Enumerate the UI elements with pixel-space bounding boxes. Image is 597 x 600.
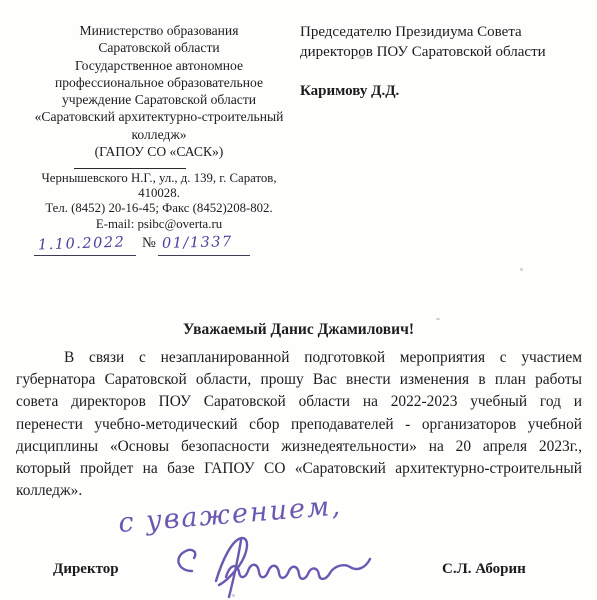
sender-org-line: учреждение Саратовской области xyxy=(18,91,300,108)
date-underline xyxy=(34,255,136,256)
body-paragraph: В связи с незапланированной подготовкой … xyxy=(16,347,582,502)
sender-org-line: Государственное автономное xyxy=(18,57,300,74)
handwritten-date: 1.10.2022 xyxy=(38,234,126,253)
salutation-heading: Уважаемый Данис Джамилович! xyxy=(0,321,597,339)
recipient-block: Председателю Президиума Совета директоро… xyxy=(300,22,588,101)
address-divider-line xyxy=(74,168,186,169)
number-underline xyxy=(158,255,250,256)
sender-org-block: Министерство образования Саратовской обл… xyxy=(18,22,300,160)
sender-address-line: 410028. xyxy=(18,186,300,201)
sender-org-line: Саратовской области xyxy=(18,39,300,56)
signer-position: Директор xyxy=(53,561,119,578)
sender-phone-line: Тел. (8452) 20-16-45; Факс (8452)208-802… xyxy=(18,201,300,216)
scanned-letter-page: Министерство образования Саратовской обл… xyxy=(0,0,597,600)
sender-org-abbrev: (ГАПОУ СО «САСК») xyxy=(18,143,300,160)
sender-address-line: Чернышевского Н.Г., ул., д. 139, г. Сара… xyxy=(18,171,300,186)
signer-name: С.Л. Аборин xyxy=(442,561,526,578)
sender-org-line: Министерство образования xyxy=(18,22,300,39)
sender-address-block: Чернышевского Н.Г., ул., д. 139, г. Сара… xyxy=(18,171,300,232)
sender-org-line: колледж» xyxy=(18,126,300,143)
recipient-title-line: директоров ПОУ Саратовской области xyxy=(300,42,588,62)
sender-email-line: E-mail: psibc@overta.ru xyxy=(18,217,300,232)
recipient-title-line: Председателю Президиума Совета xyxy=(300,22,588,42)
scan-speck xyxy=(357,56,365,59)
reference-row: 1.10.2022 № 01/1337 xyxy=(30,234,270,260)
signature-scribble xyxy=(168,531,398,599)
recipient-name: Каримову Д.Д. xyxy=(300,81,588,101)
number-sign-label: № xyxy=(142,235,156,252)
scan-speck xyxy=(436,318,440,320)
sender-org-line: «Саратовский архитектурно-строительный xyxy=(18,108,300,125)
scan-speck xyxy=(232,594,235,597)
scan-speck xyxy=(520,268,523,271)
sender-org-line: профессиональное образовательное xyxy=(18,74,300,91)
handwritten-outgoing-number: 01/1337 xyxy=(162,234,233,252)
